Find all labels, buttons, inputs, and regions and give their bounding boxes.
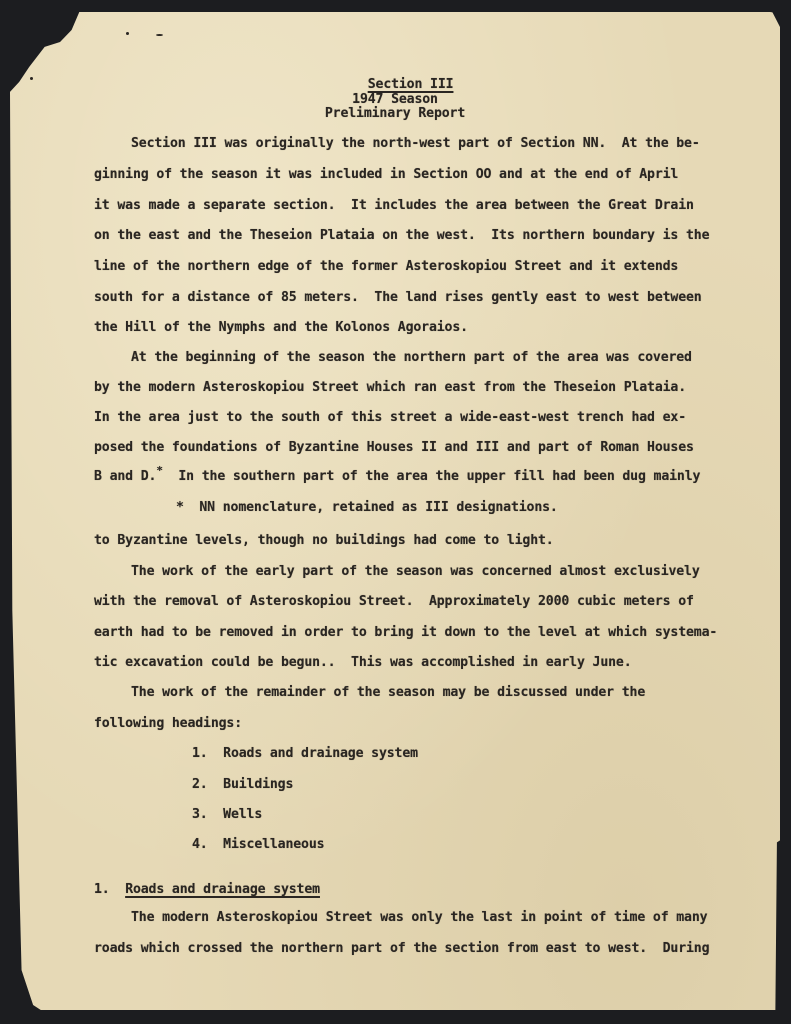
paragraph1-line: south for a distance of 85 meters. The l… [94,290,702,305]
paragraph1-line: line of the northern edge of the former … [94,259,678,274]
headings-list-item: 4. Miscellaneous [192,837,324,852]
section1-paragraph-line: roads which crossed the northern part of… [94,941,709,956]
paragraph1-line: Section III was originally the north-wes… [131,136,700,151]
paragraph3-line: with the removal of Asteroskopiou Street… [94,594,694,609]
paragraph2-line: At the beginning of the season the north… [131,350,692,365]
paragraph4-line: The work of the remainder of the season … [131,685,645,700]
paper-speck [156,34,163,36]
footnote-line-start: B and D. [94,469,156,484]
section1-paragraph-line: The modern Asteroskopiou Street was only… [131,910,707,925]
section1-heading: 1. Roads and drainage system [94,882,320,897]
paragraph1-line: on the east and the Theseion Plataia on … [94,228,709,243]
section1-number: 1. [94,882,110,897]
paper-speck [126,32,129,35]
footnote-marker: * [156,464,162,477]
headings-list-item: 3. Wells [192,807,262,822]
paragraph3-line: earth had to be removed in order to brin… [94,625,717,640]
headings-list-item: 2. Buildings [192,777,293,792]
footnote-text: * NN nomenclature, retained as III desig… [176,500,558,515]
paragraph1-line: it was made a separate section. It inclu… [94,198,694,213]
document-subtitle-season: 1947 Season [10,92,780,107]
paragraph2-line: by the modern Asteroskopiou Street which… [94,380,686,395]
paragraph1-line: the Hill of the Nymphs and the Kolonos A… [94,320,468,335]
paragraph3-line: tic excavation could be begun.. This was… [94,655,631,670]
paragraph1-line: ginning of the season it was included in… [94,167,678,182]
headings-list-item: 1. Roads and drainage system [192,746,418,761]
paragraph2-line: In the area just to the south of this st… [94,410,686,425]
paragraph2-line: posed the foundations of Byzantine House… [94,440,694,455]
section1-title: Roads and drainage system [125,882,320,897]
typed-document-page: Section III 1947 Season Preliminary Repo… [10,12,780,1010]
paragraph2-footnote-line: B and D.* In the southern part of the ar… [94,469,700,484]
footnote-line-rest: In the southern part of the area the upp… [163,469,700,484]
title-text: Section III [368,77,454,92]
paragraph3-line: The work of the early part of the season… [131,564,700,579]
paragraph2-end-line: to Byzantine levels, though no buildings… [94,533,554,548]
paragraph4-line: following headings: [94,716,242,731]
document-subtitle-report: Preliminary Report [10,106,780,121]
